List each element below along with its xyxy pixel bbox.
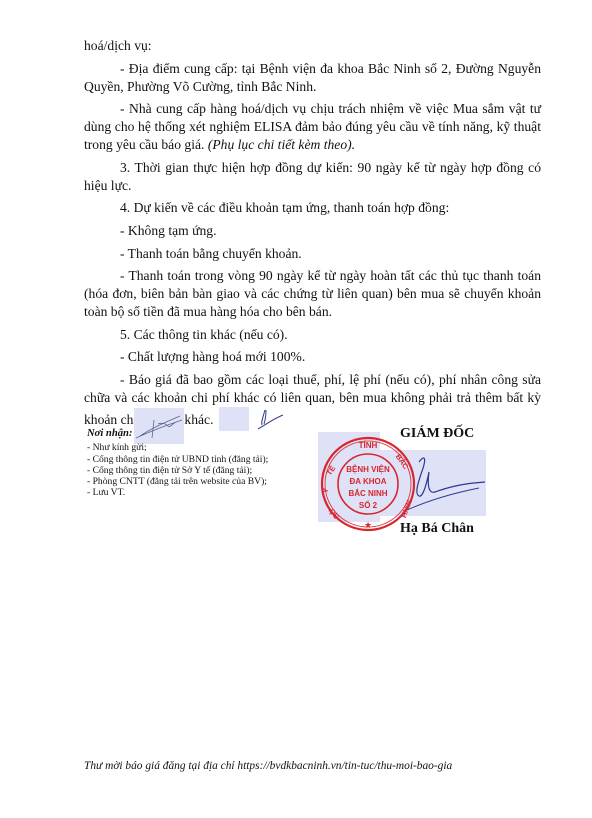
paragraph-text: - Chất lượng hàng hoá mới 100%. bbox=[120, 349, 305, 364]
paragraph-text: hoá/dịch vụ: bbox=[84, 38, 152, 53]
signatory-title: GIÁM ĐỐC bbox=[400, 426, 474, 442]
paragraph-text: - Không tạm ứng. bbox=[120, 223, 216, 238]
svg-text:BẮC NINH: BẮC NINH bbox=[348, 489, 387, 498]
appendix-note: (Phụ lục chi tiết kèm theo). bbox=[208, 137, 355, 152]
recipient-item: - Lưu VT. bbox=[87, 487, 327, 498]
paragraph-text: - Thanh toán trong vòng 90 ngày kể từ ng… bbox=[84, 268, 541, 319]
official-seal-icon: TỈNH TẾ Y BẮC NINH SỞ ★ BỆNH VIỆN ĐA KHO… bbox=[320, 436, 416, 532]
paragraph-supplier-responsibility: - Nhà cung cấp hàng hoá/dịch vụ chịu trá… bbox=[84, 100, 541, 154]
paragraph-text: - Thanh toán bằng chuyển khoản. bbox=[120, 246, 302, 261]
svg-text:BỆNH VIỆN: BỆNH VIỆN bbox=[346, 465, 390, 474]
recipient-item: - Phòng CNTT (đăng tải trên website của … bbox=[87, 476, 327, 487]
paragraph-intro: hoá/dịch vụ: bbox=[84, 37, 541, 55]
paragraph-text: - Địa điểm cung cấp: tại Bệnh viện đa kh… bbox=[84, 61, 541, 94]
recipient-item: - Như kính gửi; bbox=[87, 442, 327, 453]
svg-text:★: ★ bbox=[364, 520, 372, 530]
paragraph-text: 3. Thời gian thực hiện hợp đồng dự kiến:… bbox=[84, 160, 541, 193]
recipients-list: Nơi nhận: - Như kính gửi; - Cổng thông t… bbox=[87, 428, 327, 499]
paragraph-text: 5. Các thông tin khác (nếu có). bbox=[120, 327, 288, 342]
svg-text:ĐA KHOA: ĐA KHOA bbox=[349, 477, 386, 486]
paragraph-text: 4. Dự kiến về các điều khoản tạm ứng, th… bbox=[120, 200, 449, 215]
paragraph-payment-period: - Thanh toán trong vòng 90 ngày kể từ ng… bbox=[84, 267, 541, 321]
footer-notice: Thư mời báo giá đăng tại địa chỉ https:/… bbox=[84, 760, 452, 772]
recipient-item: - Cổng thông tin điện tử UBND tỉnh (đăng… bbox=[87, 454, 327, 465]
paragraph-other-info: 5. Các thông tin khác (nếu có). bbox=[84, 326, 541, 344]
svg-text:SỐ 2: SỐ 2 bbox=[359, 500, 378, 510]
svg-text:TỈNH: TỈNH bbox=[359, 441, 378, 450]
director-signature-icon bbox=[405, 452, 487, 512]
paragraph-no-advance: - Không tạm ứng. bbox=[84, 222, 541, 240]
paragraph-contract-duration: 3. Thời gian thực hiện hợp đồng dự kiến:… bbox=[84, 159, 541, 195]
recipients-heading: Nơi nhận: bbox=[87, 428, 327, 439]
paragraph-bank-transfer: - Thanh toán bằng chuyển khoản. bbox=[84, 245, 541, 263]
paragraph-payment-terms: 4. Dự kiến về các điều khoản tạm ứng, th… bbox=[84, 199, 541, 217]
document-body: hoá/dịch vụ: - Địa điểm cung cấp: tại Bệ… bbox=[84, 37, 541, 436]
paragraph-quality: - Chất lượng hàng hoá mới 100%. bbox=[84, 348, 541, 366]
svg-text:Y: Y bbox=[321, 487, 331, 494]
document-page: hoá/dịch vụ: - Địa điểm cung cấp: tại Bệ… bbox=[0, 0, 592, 818]
signatory-name: Hạ Bá Chân bbox=[400, 521, 474, 537]
recipient-item: - Cổng thông tin điện tử Sở Y tế (đăng t… bbox=[87, 465, 327, 476]
paragraph-delivery-location: - Địa điểm cung cấp: tại Bệnh viện đa kh… bbox=[84, 60, 541, 96]
